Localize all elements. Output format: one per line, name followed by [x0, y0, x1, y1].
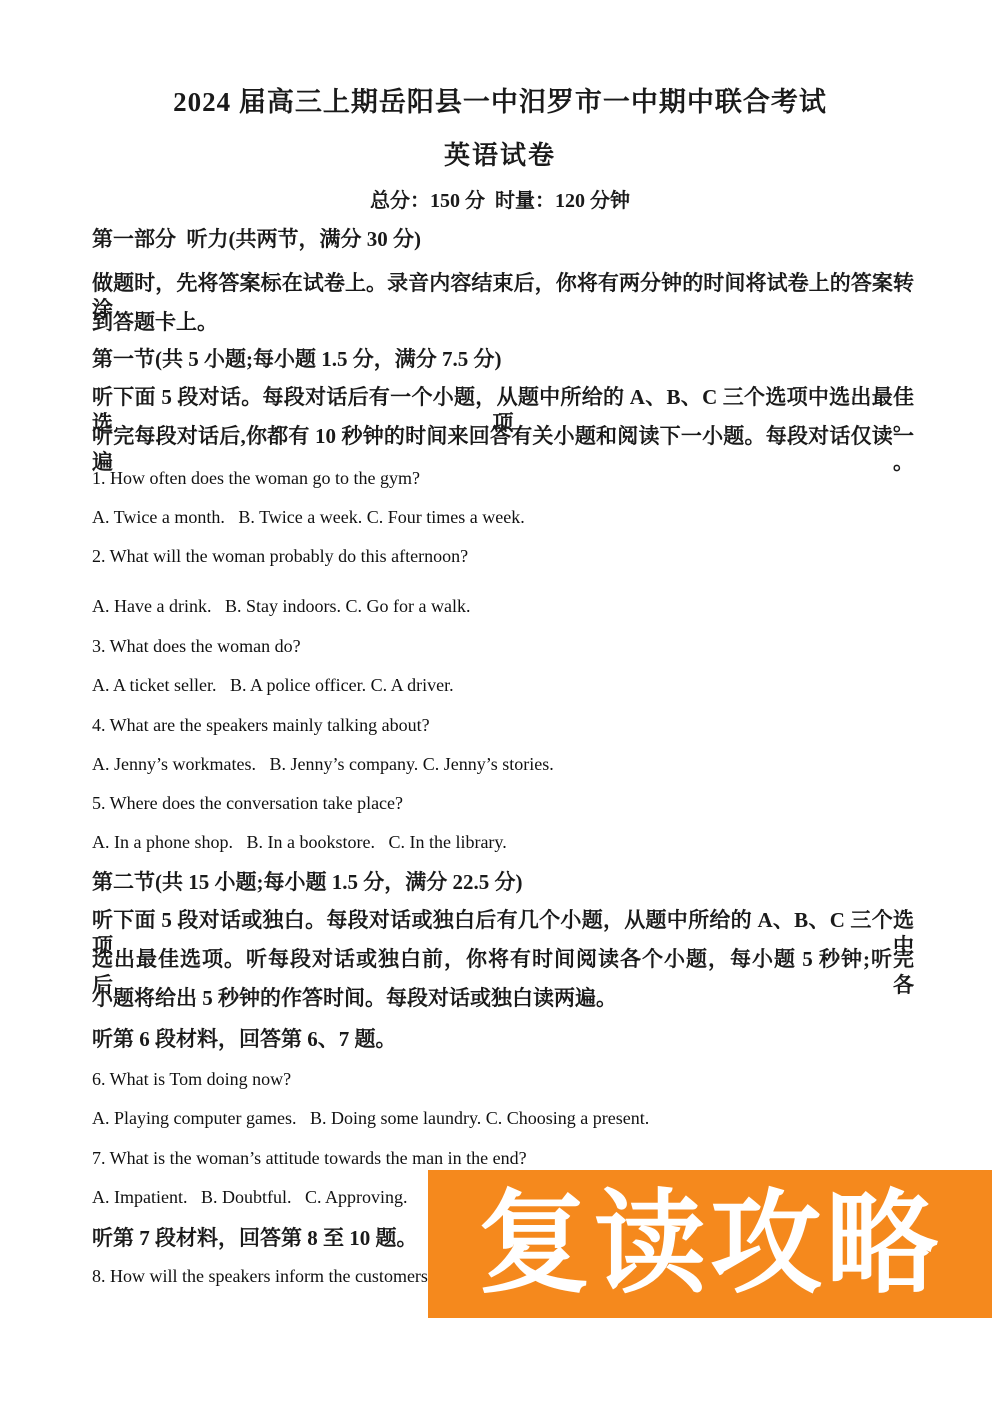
section-heading: 第一部分 听力(共两节，满分 30 分)	[92, 226, 914, 252]
question-line: 7. What is the woman’s attitude towards …	[92, 1147, 914, 1170]
question-line: 1. How often does the woman go to the gy…	[92, 467, 914, 490]
question-line: 2. What will the woman probably do this …	[92, 545, 914, 568]
instruction-line: 到答题卡上。	[92, 309, 914, 335]
section-heading: 听第 6 段材料，回答第 6、7 题。	[92, 1026, 914, 1052]
question-line: 5. Where does the conversation take plac…	[92, 792, 914, 815]
section-heading: 第一节(共 5 小题;每小题 1.5 分，满分 7.5 分)	[92, 346, 914, 372]
question-line: 4. What are the speakers mainly talking …	[92, 714, 914, 737]
instruction-line: 小题将给出 5 秒钟的作答时间。每段对话或独白读两遍。	[92, 985, 914, 1011]
page-subtitle: 英语试卷	[0, 140, 1000, 173]
options-line: A. A ticket seller. B. A police officer.…	[92, 674, 914, 697]
options-line: A. Playing computer games. B. Doing some…	[92, 1107, 914, 1130]
page-title: 2024 届高三上期岳阳县一中汨罗市一中期中联合考试	[0, 86, 1000, 120]
exam-paper-page: 2024 届高三上期岳阳县一中汨罗市一中期中联合考试 英语试卷 总分：150 分…	[0, 0, 1000, 1414]
score-duration-line: 总分：150 分 时量：120 分钟	[0, 189, 1000, 214]
options-line: A. Twice a month. B. Twice a week. C. Fo…	[92, 506, 914, 529]
section-heading: 第二节(共 15 小题;每小题 1.5 分，满分 22.5 分)	[92, 869, 914, 895]
options-line: A. Jenny’s workmates. B. Jenny’s company…	[92, 753, 914, 776]
watermark-text: 复读攻略	[478, 1188, 942, 1300]
watermark-banner: 复读攻略	[428, 1170, 992, 1318]
options-line: A. Have a drink. B. Stay indoors. C. Go …	[92, 595, 914, 618]
options-line: A. In a phone shop. B. In a bookstore. C…	[92, 831, 914, 854]
question-line: 6. What is Tom doing now?	[92, 1068, 914, 1091]
question-line: 3. What does the woman do?	[92, 635, 914, 658]
